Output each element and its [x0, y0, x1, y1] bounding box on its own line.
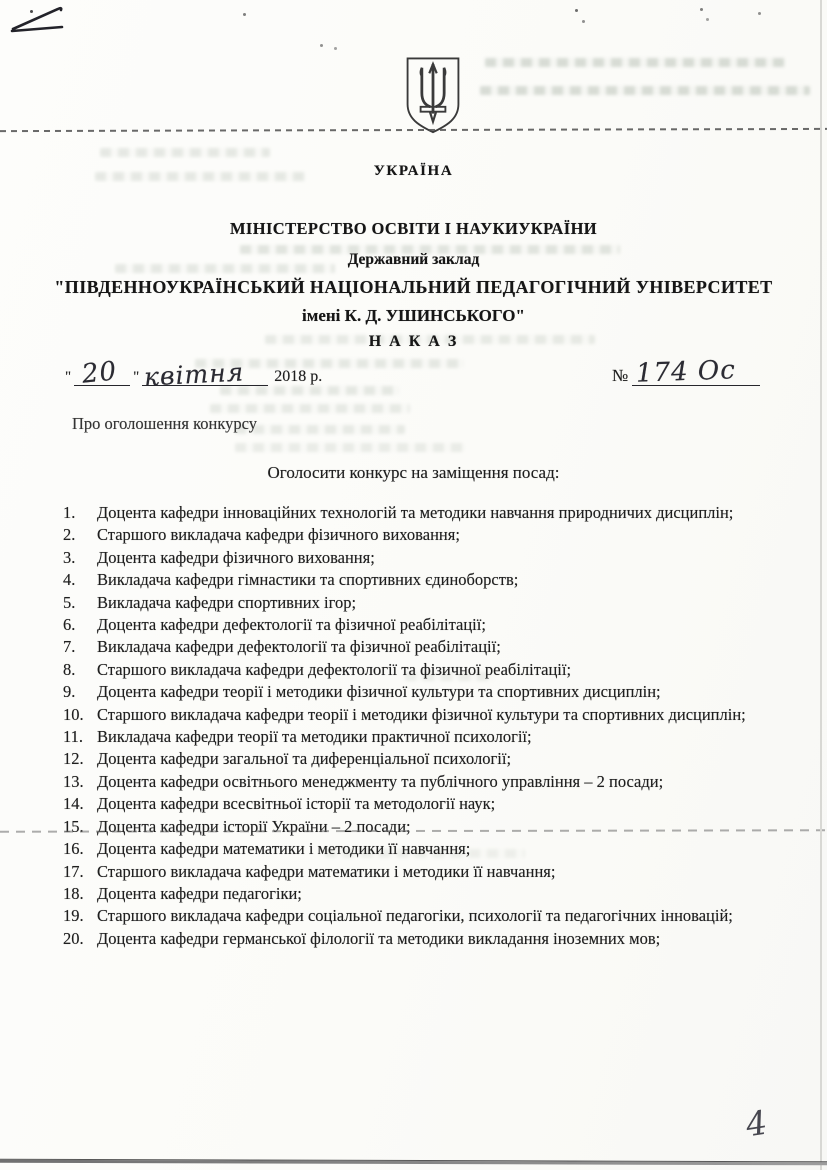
order-item-number: 6. [63, 614, 97, 636]
university-name-line1: "ПІВДЕННОУКРАЇНСЬКИЙ НАЦІОНАЛЬНИЙ ПЕДАГО… [0, 277, 827, 298]
positions-list: 1.Доцента кафедри інноваційних технологі… [28, 502, 806, 950]
order-item-text: Старшого викладача кафедри фізичного вих… [97, 525, 460, 544]
order-item-text: Доцента кафедри теорії і методики фізичн… [97, 682, 661, 701]
order-item-number: 17. [63, 861, 97, 883]
order-item-number: 18. [63, 883, 97, 905]
scan-edge-right [820, 0, 822, 1170]
order-item-text: Викладача кафедри спортивних ігор; [97, 593, 356, 612]
order-item: 11.Викладача кафедри теорії та методики … [28, 726, 806, 748]
bleedthrough-artifact [480, 86, 810, 95]
order-item-number: 3. [63, 547, 97, 569]
order-date-line: "20"квітня2018 р. [62, 363, 322, 386]
bleedthrough-artifact [210, 404, 410, 413]
order-item-text: Доцента кафедри фізичного виховання; [97, 548, 375, 567]
handwritten-day: 20 [81, 356, 119, 390]
order-item-number: 20. [63, 928, 97, 950]
order-item-number: 11. [63, 726, 97, 748]
order-item-text: Доцента кафедри дефектології та фізичної… [97, 615, 486, 634]
close-quote: " [130, 369, 142, 385]
order-number-line: № 174 Ос [612, 363, 760, 386]
bleedthrough-artifact [235, 443, 465, 452]
order-item-number: 1. [63, 502, 97, 524]
order-item-text: Доцента кафедри математики і методики її… [97, 839, 470, 858]
scanned-order-document: УКРАЇНА МІНІСТЕРСТВО ОСВІТИ І НАУКИУКРАЇ… [0, 0, 827, 1170]
order-item-text: Старшого викладача кафедри теорії і мето… [97, 705, 746, 724]
resolution-heading: Оголосити конкурс на заміщення посад: [0, 463, 827, 483]
order-item-number: 15. [63, 816, 97, 838]
country-title: УКРАЇНА [0, 163, 827, 180]
scan-speck [243, 13, 246, 16]
open-quote: " [62, 369, 74, 385]
number-underline: 174 Ос [632, 363, 760, 386]
order-item-number: 8. [63, 659, 97, 681]
order-item: 14.Доцента кафедри всесвітньої історії т… [28, 793, 806, 815]
order-item-text: Доцента кафедри всесвітньої історії та м… [97, 794, 495, 813]
university-name-line2: імені К. Д. УШИНСЬКОГО" [0, 306, 827, 326]
order-item-text: Доцента кафедри освітнього менеджменту т… [97, 772, 663, 791]
order-item-text: Старшого викладача кафедри математики і … [97, 862, 555, 881]
order-item: 18.Доцента кафедри педагогіки; [28, 883, 806, 905]
order-item-number: 2. [63, 524, 97, 546]
order-item-text: Викладача кафедри теорії та методики пра… [97, 727, 532, 746]
scan-speck [758, 12, 761, 15]
order-item-number: 4. [63, 569, 97, 591]
order-item-text: Доцента кафедри германської філології та… [97, 929, 660, 948]
institution-type: Державний заклад [0, 251, 827, 269]
order-item: 5.Викладача кафедри спортивних ігор; [28, 592, 806, 614]
order-item: 12.Доцента кафедри загальної та диференц… [28, 748, 806, 770]
handwritten-page-number: 4 [743, 1103, 770, 1145]
order-item: 7.Викладача кафедри дефектології та фізи… [28, 636, 806, 658]
order-item-text: Старшого викладача кафедри соціальної пе… [97, 906, 733, 925]
order-item-number: 14. [63, 793, 97, 815]
bleedthrough-artifact [485, 58, 785, 67]
scan-speck [575, 9, 578, 12]
ministry-title: МІНІСТЕРСТВО ОСВІТИ І НАУКИУКРАЇНИ [0, 219, 827, 239]
bleedthrough-artifact [220, 386, 400, 395]
month-underline: квітня [142, 363, 268, 386]
order-item: 2.Старшого викладача кафедри фізичного в… [28, 524, 806, 546]
order-item-number: 13. [63, 771, 97, 793]
order-item-number: 10. [63, 704, 97, 726]
bleedthrough-artifact [100, 148, 270, 157]
order-item-text: Доцента кафедри загальної та диференціал… [97, 749, 511, 768]
scan-edge-bottom [0, 1159, 827, 1166]
order-item: 3.Доцента кафедри фізичного виховання; [28, 547, 806, 569]
order-item-number: 7. [63, 636, 97, 658]
order-item: 1.Доцента кафедри інноваційних технологі… [28, 502, 806, 524]
order-item: 17.Старшого викладача кафедри математики… [28, 861, 806, 883]
order-title: Н А К А З [0, 333, 827, 351]
order-item-text: Доцента кафедри інноваційних технологій … [97, 503, 733, 522]
bleedthrough-artifact [235, 425, 405, 434]
order-item-number: 9. [63, 681, 97, 703]
order-item-number: 5. [63, 592, 97, 614]
order-item-text: Доцента кафедри педагогіки; [97, 884, 302, 903]
handwritten-order-number: 174 Ос [636, 355, 737, 388]
scan-speck [700, 8, 703, 11]
order-subject: Про оголошення конкурсу [72, 414, 257, 434]
ukraine-trident-emblem [402, 54, 464, 136]
order-item: 13.Доцента кафедри освітнього менеджмент… [28, 771, 806, 793]
order-item-text: Старшого викладача кафедри дефектології … [97, 660, 571, 679]
order-item-text: Доцента кафедри історії України – 2 поса… [97, 817, 411, 836]
order-item: 4.Викладача кафедри гімнастики та спорти… [28, 569, 806, 591]
order-item: 20.Доцента кафедри германської філології… [28, 928, 806, 950]
scan-speck [320, 44, 323, 47]
order-item: 6.Доцента кафедри дефектології та фізичн… [28, 614, 806, 636]
scan-speck [582, 20, 585, 23]
order-item-number: 12. [63, 748, 97, 770]
order-item: 15.Доцента кафедри історії України – 2 п… [28, 816, 806, 838]
scan-speck [706, 18, 709, 21]
order-item: 16.Доцента кафедри математики і методики… [28, 838, 806, 860]
number-label: № [612, 366, 628, 385]
year-printed: 2018 р. [274, 368, 322, 385]
order-item-text: Викладача кафедри дефектології та фізичн… [97, 637, 501, 656]
order-item: 8.Старшого викладача кафедри дефектологі… [28, 659, 806, 681]
scan-speck [30, 10, 33, 13]
scan-speck [334, 47, 337, 50]
order-item-text: Викладача кафедри гімнастики та спортивн… [97, 570, 518, 589]
order-item-number: 19. [63, 905, 97, 927]
pen-scribble-mark [0, 0, 220, 60]
order-item-number: 16. [63, 838, 97, 860]
day-underline: 20 [74, 363, 130, 386]
order-item: 9.Доцента кафедри теорії і методики фізи… [28, 681, 806, 703]
handwritten-month: квітня [144, 357, 246, 391]
order-item: 10.Старшого викладача кафедри теорії і м… [28, 704, 806, 726]
order-item: 19.Старшого викладача кафедри соціальної… [28, 905, 806, 927]
